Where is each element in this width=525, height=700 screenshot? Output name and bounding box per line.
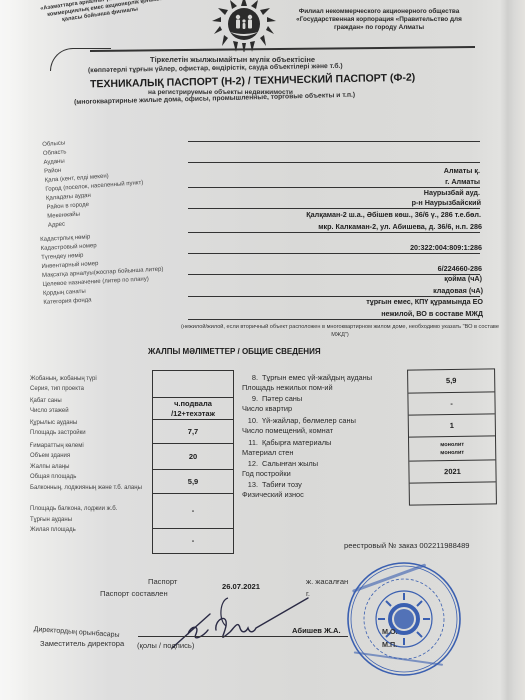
- fund-note: (нежилой/жилой, если вторичный объект ра…: [180, 323, 500, 339]
- field-value-fund-ru: нежилой, ВО в составе МЖД: [381, 309, 483, 318]
- stamp-place-ru: М.П.: [382, 640, 397, 649]
- general-right-label: Физический износ: [242, 490, 304, 500]
- field-line-raion: [188, 162, 480, 163]
- registry-number: реестровый № заказ 002211988489: [344, 541, 470, 550]
- field-line-inventory: [188, 274, 480, 275]
- field-line-district: [188, 208, 480, 209]
- page-edge-shadow: [0, 0, 30, 700]
- general-label: Ғимараттың көлемі: [30, 442, 84, 451]
- value-cell-wall-material: монолит монолит: [409, 436, 495, 461]
- general-right-label: Число квартир: [242, 404, 292, 414]
- general-label: Серия, тип проекта: [30, 385, 84, 394]
- field-value-inventory: 6/224660-286: [438, 264, 482, 273]
- general-right-label: Площадь нежилых пом-ий: [242, 383, 333, 393]
- passport-label-kz: Паспорт: [148, 577, 177, 586]
- field-value-cadastral: 20:322:004:809:1:286: [410, 243, 482, 252]
- value-cell-nonresidential-area: 5,9: [408, 369, 494, 393]
- general-label: Объем здания: [30, 452, 70, 461]
- stamp-place-kz: М.О.: [382, 627, 398, 636]
- general-label: Площадь балкона, лоджии ж.б.: [30, 505, 117, 514]
- official-stamp-icon: [345, 560, 463, 678]
- sun-family-logo-icon: [208, 0, 280, 52]
- field-value-purpose-ru: кладовая (чА): [433, 286, 483, 295]
- general-label: Площадь застройки: [30, 429, 86, 438]
- signer-name: Абишев Ж.А.: [292, 626, 341, 635]
- director-label-kz: Директордың орынбасары: [34, 626, 120, 639]
- field-value-address-kz: Қалқаман-2 ш.а., Әбішев көш., 36/6 ү., 2…: [306, 210, 481, 219]
- signature-line: [138, 636, 348, 637]
- header-org-ru-line: «Государственная корпорация «Правительст…: [284, 16, 474, 24]
- field-value-district-kz: Наурызбай ауд.: [424, 188, 480, 197]
- header-org-ru-line: Филиал некоммерческого акционерного обще…: [284, 8, 474, 16]
- field-line-oblast: [188, 141, 480, 142]
- general-right-label: 13.Табиғи тозу: [242, 480, 302, 490]
- value-cell-wear: [410, 482, 496, 505]
- general-right-value-table: 5,9 - 1 монолит монолит 2021: [407, 368, 497, 505]
- general-right-label: 12.Салынған жылы: [242, 459, 318, 469]
- general-label: Жилая площадь: [30, 526, 76, 535]
- general-right-label: 9.Пәтер саны: [242, 394, 302, 404]
- value-cell-balcony-area: -: [153, 494, 233, 529]
- header-org-ru-line: граждан» по городу Алматы: [284, 24, 474, 32]
- passport-label-ru: Паспорт составлен: [100, 589, 168, 598]
- value-cell-built-area: 7,7: [153, 420, 233, 444]
- director-label-ru: Заместитель директора: [40, 639, 124, 648]
- general-label: Құрылыс ауданы: [30, 419, 77, 428]
- field-line-fund: [188, 319, 480, 320]
- general-label: Общая площадь: [30, 473, 76, 482]
- document-page: «Азаматтарға арналған үкімет» мемлекетті…: [0, 0, 525, 700]
- general-label: Қабат саны: [30, 397, 62, 406]
- general-left-value-table: ч.подвала /12+техэтаж 7,7 20 5,9 - -: [152, 370, 234, 554]
- field-line-cadastral: [188, 253, 480, 254]
- general-label: Жалпы алаңы: [30, 463, 69, 472]
- field-labels: Облысы Область Ауданы Район Қала (кент, …: [42, 134, 146, 231]
- general-label: Тұрғын ауданы: [30, 516, 72, 525]
- value-cell-total-area: 5,9: [153, 470, 233, 494]
- subtitle-kz-2: (көппәтерлі тұрғын үйлер, офистар, өндір…: [88, 63, 343, 74]
- field-value-district-ru: р-н Наурызбайский: [412, 198, 481, 207]
- subtitle-kz: Тіркелетін жылжымайтын мүлік объектісіне: [150, 55, 315, 64]
- value-cell-rooms: 1: [409, 414, 495, 437]
- field-value-fund-kz: тұрғын емес, КПҮ құрамында ЕО: [366, 297, 483, 306]
- field-value-address-ru: мкр. Калкаман-2, ул. Абишева, д. 36/6, н…: [318, 222, 482, 231]
- value-cell-series: [153, 371, 233, 398]
- signature-hint: (қолы / подпись): [137, 641, 194, 650]
- general-right-label: 11.Қабырға материалы: [242, 438, 331, 448]
- general-label: Число этажей: [30, 407, 69, 416]
- value-cell-volume: 20: [153, 444, 233, 470]
- general-right-label: Число помещений, комнат: [242, 426, 333, 436]
- general-right-label: 10.Үй-жайлар, бөлмелер саны: [242, 416, 356, 426]
- header-divider: [90, 46, 475, 52]
- value-cell-living-area: -: [153, 529, 233, 553]
- general-right-label: 8.Тұрғын емес үй-жайдың ауданы: [242, 373, 372, 383]
- field-value-purpose-kz: қойма (чА): [444, 274, 482, 283]
- field-value-city-ru: г. Алматы: [445, 177, 480, 186]
- general-right-label: Год постройки: [242, 469, 291, 479]
- general-label: Жобаның, жобаның түрі: [30, 375, 97, 384]
- value-cell-floors: ч.подвала /12+техэтаж: [153, 398, 233, 420]
- document-title: ТЕХНИКАЛЫҚ ПАСПОРТ (Н-2) / ТЕХНИЧЕСКИЙ П…: [90, 72, 415, 91]
- field-labels-2: Кадастрлық нөмір Кадастровый номер Түген…: [40, 230, 165, 308]
- header-org-kz: «Азаматтарға арналған үкімет» мемлекетті…: [40, 0, 209, 27]
- general-label: Балконның, лоджияның және т.б. алаңы: [30, 484, 142, 493]
- field-line-address: [188, 232, 480, 233]
- field-value-city-kz: Алматы қ.: [444, 166, 480, 175]
- value-cell-apartments: -: [408, 392, 494, 415]
- year-suffix-kz: ж. жасалған: [306, 577, 348, 586]
- header-org-ru: Филиал некоммерческого акционерного обще…: [284, 8, 474, 32]
- value-cell-year-built: 2021: [409, 460, 495, 483]
- general-right-label: Материал стен: [242, 448, 294, 458]
- section-title-general-info: ЖАЛПЫ МӘЛІМЕТТЕР / ОБЩИЕ СВЕДЕНИЯ: [148, 347, 321, 356]
